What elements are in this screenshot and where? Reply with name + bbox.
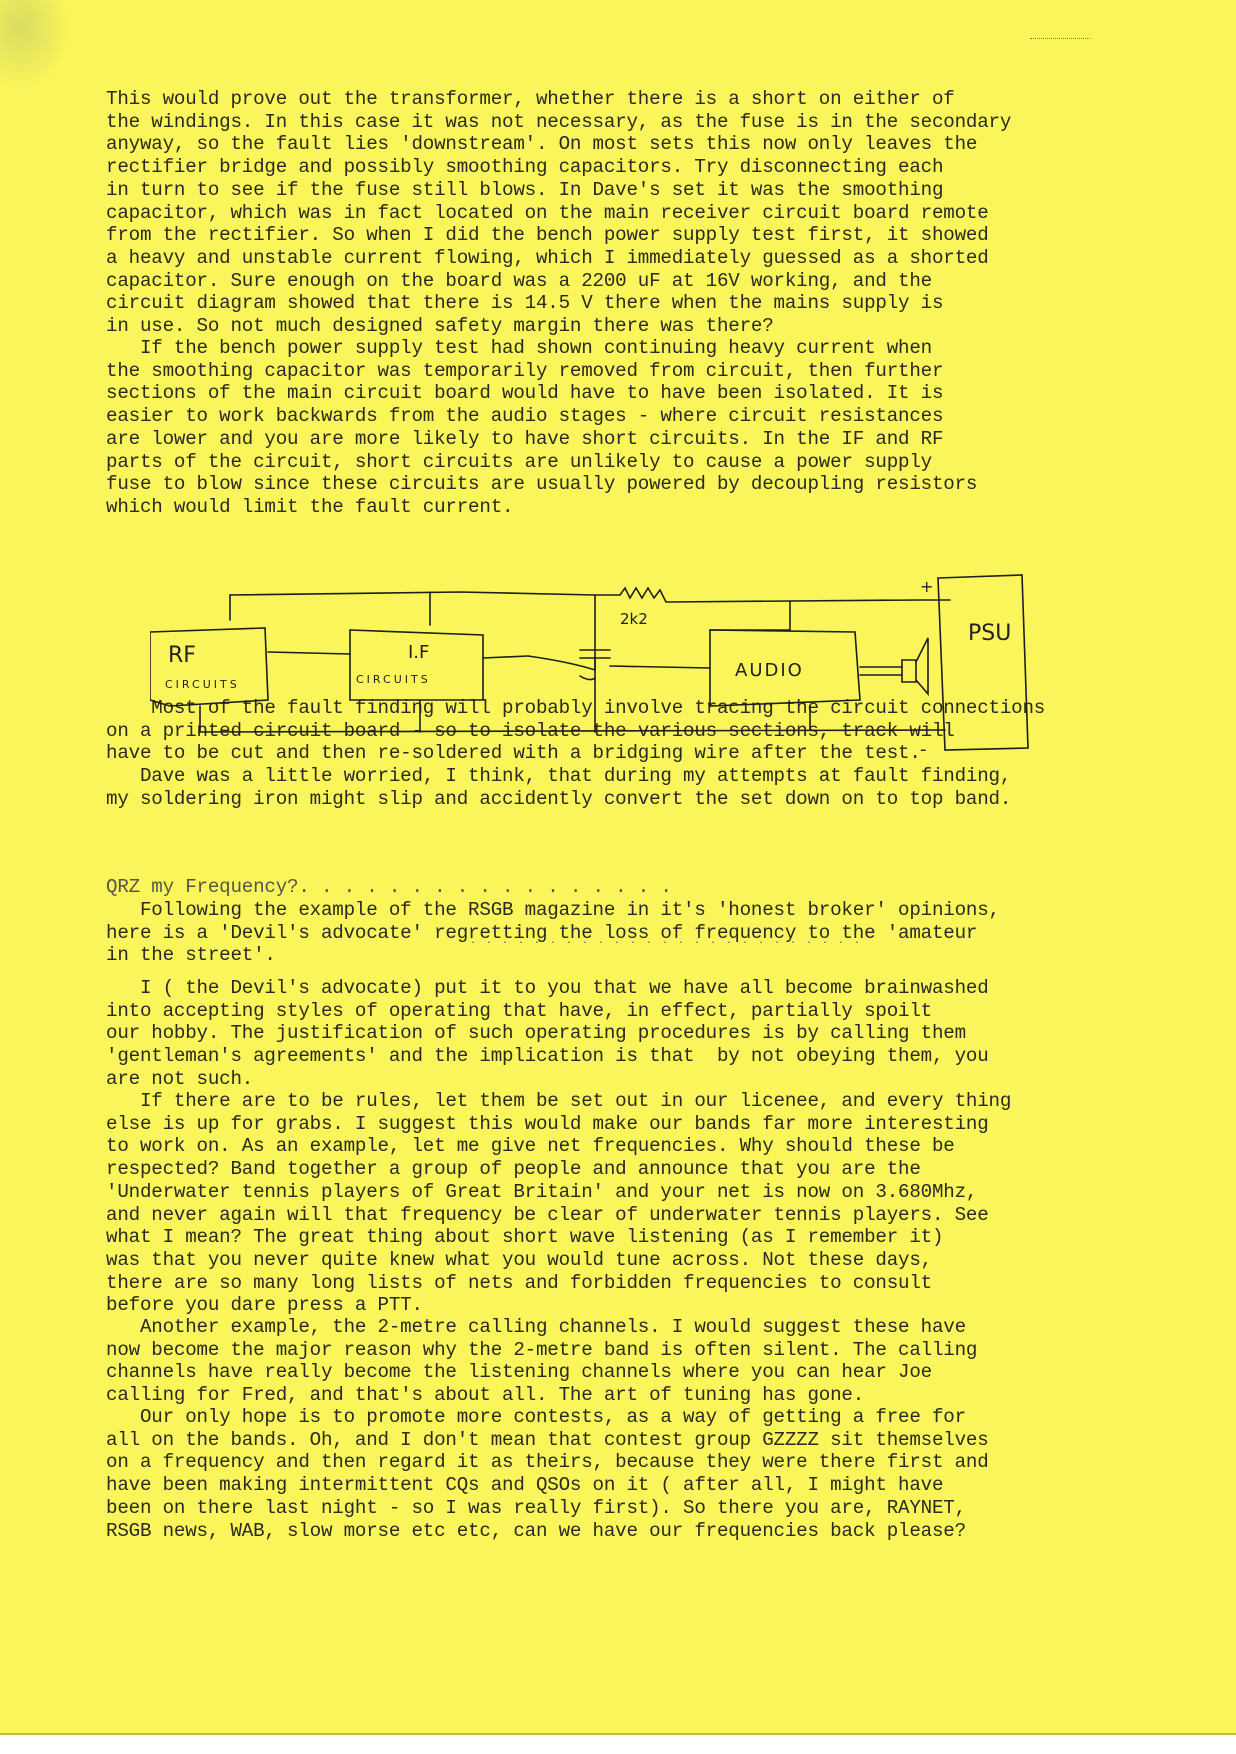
text-line: capacitor, which was in fact located on … — [106, 202, 989, 224]
text-line: all on the bands. Oh, and I don't mean t… — [106, 1429, 989, 1451]
text-line: in turn to see if the fuse still blows. … — [106, 179, 943, 201]
rf-label: RF — [168, 643, 196, 668]
stray-mark — [1030, 38, 1090, 39]
text-line: respected? Band together a group of peop… — [106, 1158, 921, 1180]
typewritten-page: This would prove out the transformer, wh… — [0, 0, 1236, 1735]
text-line: on a frequency and then regard it as the… — [106, 1451, 989, 1473]
text-line: rectifier bridge and possibly smoothing … — [106, 156, 943, 178]
text-line: capacitor. Sure enough on the board was … — [106, 270, 932, 292]
if-block — [350, 630, 483, 700]
text-line: my soldering iron might slip and acciden… — [106, 788, 1011, 810]
text-line: have been making intermittent CQs and QS… — [106, 1474, 943, 1496]
psu-label: PSU — [968, 621, 1011, 646]
text-line: what I mean? The great thing about short… — [106, 1226, 943, 1248]
text-line: easier to work backwards from the audio … — [106, 405, 943, 427]
psu-block — [938, 575, 1028, 750]
text-line: there are so many long lists of nets and… — [106, 1272, 932, 1294]
section-title: QRZ my Frequency?. . . . . . . . . . . .… — [106, 876, 672, 898]
text-line: been on there last night - so I was real… — [106, 1497, 966, 1519]
text-line: in the street'. — [106, 944, 276, 966]
text-line: was that you never quite knew what you w… — [106, 1249, 932, 1271]
text-line: parts of the circuit, short circuits are… — [106, 451, 932, 473]
text-line: and never again will that frequency be c… — [106, 1204, 989, 1226]
text-line: I ( the Devil's advocate) put it to you … — [106, 977, 989, 999]
audio-label: AUDIO — [735, 660, 804, 681]
if-label: I.F — [408, 642, 429, 663]
text-line: the smoothing capacitor was temporarily … — [106, 360, 943, 382]
text-line: before you dare press a PTT. — [106, 1294, 423, 1316]
text-line: are lower and you are more likely to hav… — [106, 428, 943, 450]
text-line: are not such. — [106, 1068, 253, 1090]
text-line: fuse to blow since these circuits are us… — [106, 473, 977, 495]
text-line: else is up for grabs. I suggest this wou… — [106, 1113, 989, 1135]
paper-smudge — [0, 0, 70, 90]
text-line: channels have really become the listenin… — [106, 1361, 932, 1383]
text-line: circuit diagram showed that there is 14.… — [106, 292, 943, 314]
text-line: calling for Fred, and that's about all. … — [106, 1384, 864, 1406]
text-line: in use. So not much designed safety marg… — [106, 315, 774, 337]
rf-sublabel: CIRCUITS — [165, 678, 240, 691]
text-line: 'gentleman's agreements' and the implica… — [106, 1045, 989, 1067]
text-line: now become the major reason why the 2-me… — [106, 1339, 977, 1361]
text-line: our hobby. The justification of such ope… — [106, 1022, 966, 1044]
text-line: If there are to be rules, let them be se… — [106, 1090, 1011, 1112]
text-line: RSGB news, WAB, slow morse etc etc, can … — [106, 1520, 966, 1542]
text-line: which would limit the fault current. — [106, 496, 513, 518]
text-line: If the bench power supply test had shown… — [106, 337, 932, 359]
text-line: 'Underwater tennis players of Great Brit… — [106, 1181, 977, 1203]
minus-terminal-label: - — [920, 739, 927, 760]
text-line: to work on. As an example, let me give n… — [106, 1135, 955, 1157]
if-sublabel: CIRCUITS — [356, 673, 431, 686]
text-line: Another example, the 2-metre calling cha… — [106, 1316, 966, 1338]
text-line: sections of the main circuit board would… — [106, 382, 943, 404]
circuit-diagram: RF CIRCUITS I.F CIRCUITS AUDIO PSU 2k2 +… — [150, 570, 1090, 770]
section-divider: . . . . . . . . . . . . . . . . . . . . … — [470, 936, 862, 947]
text-line: a heavy and unstable current flowing, wh… — [106, 247, 989, 269]
plus-terminal-label: + — [920, 577, 933, 596]
text-line: anyway, so the fault lies 'downstream'. … — [106, 133, 977, 155]
text-line: into accepting styles of operating that … — [106, 1000, 932, 1022]
text-line: the windings. In this case it was not ne… — [106, 111, 1011, 133]
resistor-value-label: 2k2 — [620, 610, 648, 628]
text-line: Following the example of the RSGB magazi… — [106, 899, 1000, 921]
text-line: This would prove out the transformer, wh… — [106, 88, 955, 110]
text-line: from the rectifier. So when I did the be… — [106, 224, 989, 246]
text-line: Our only hope is to promote more contest… — [106, 1406, 966, 1428]
